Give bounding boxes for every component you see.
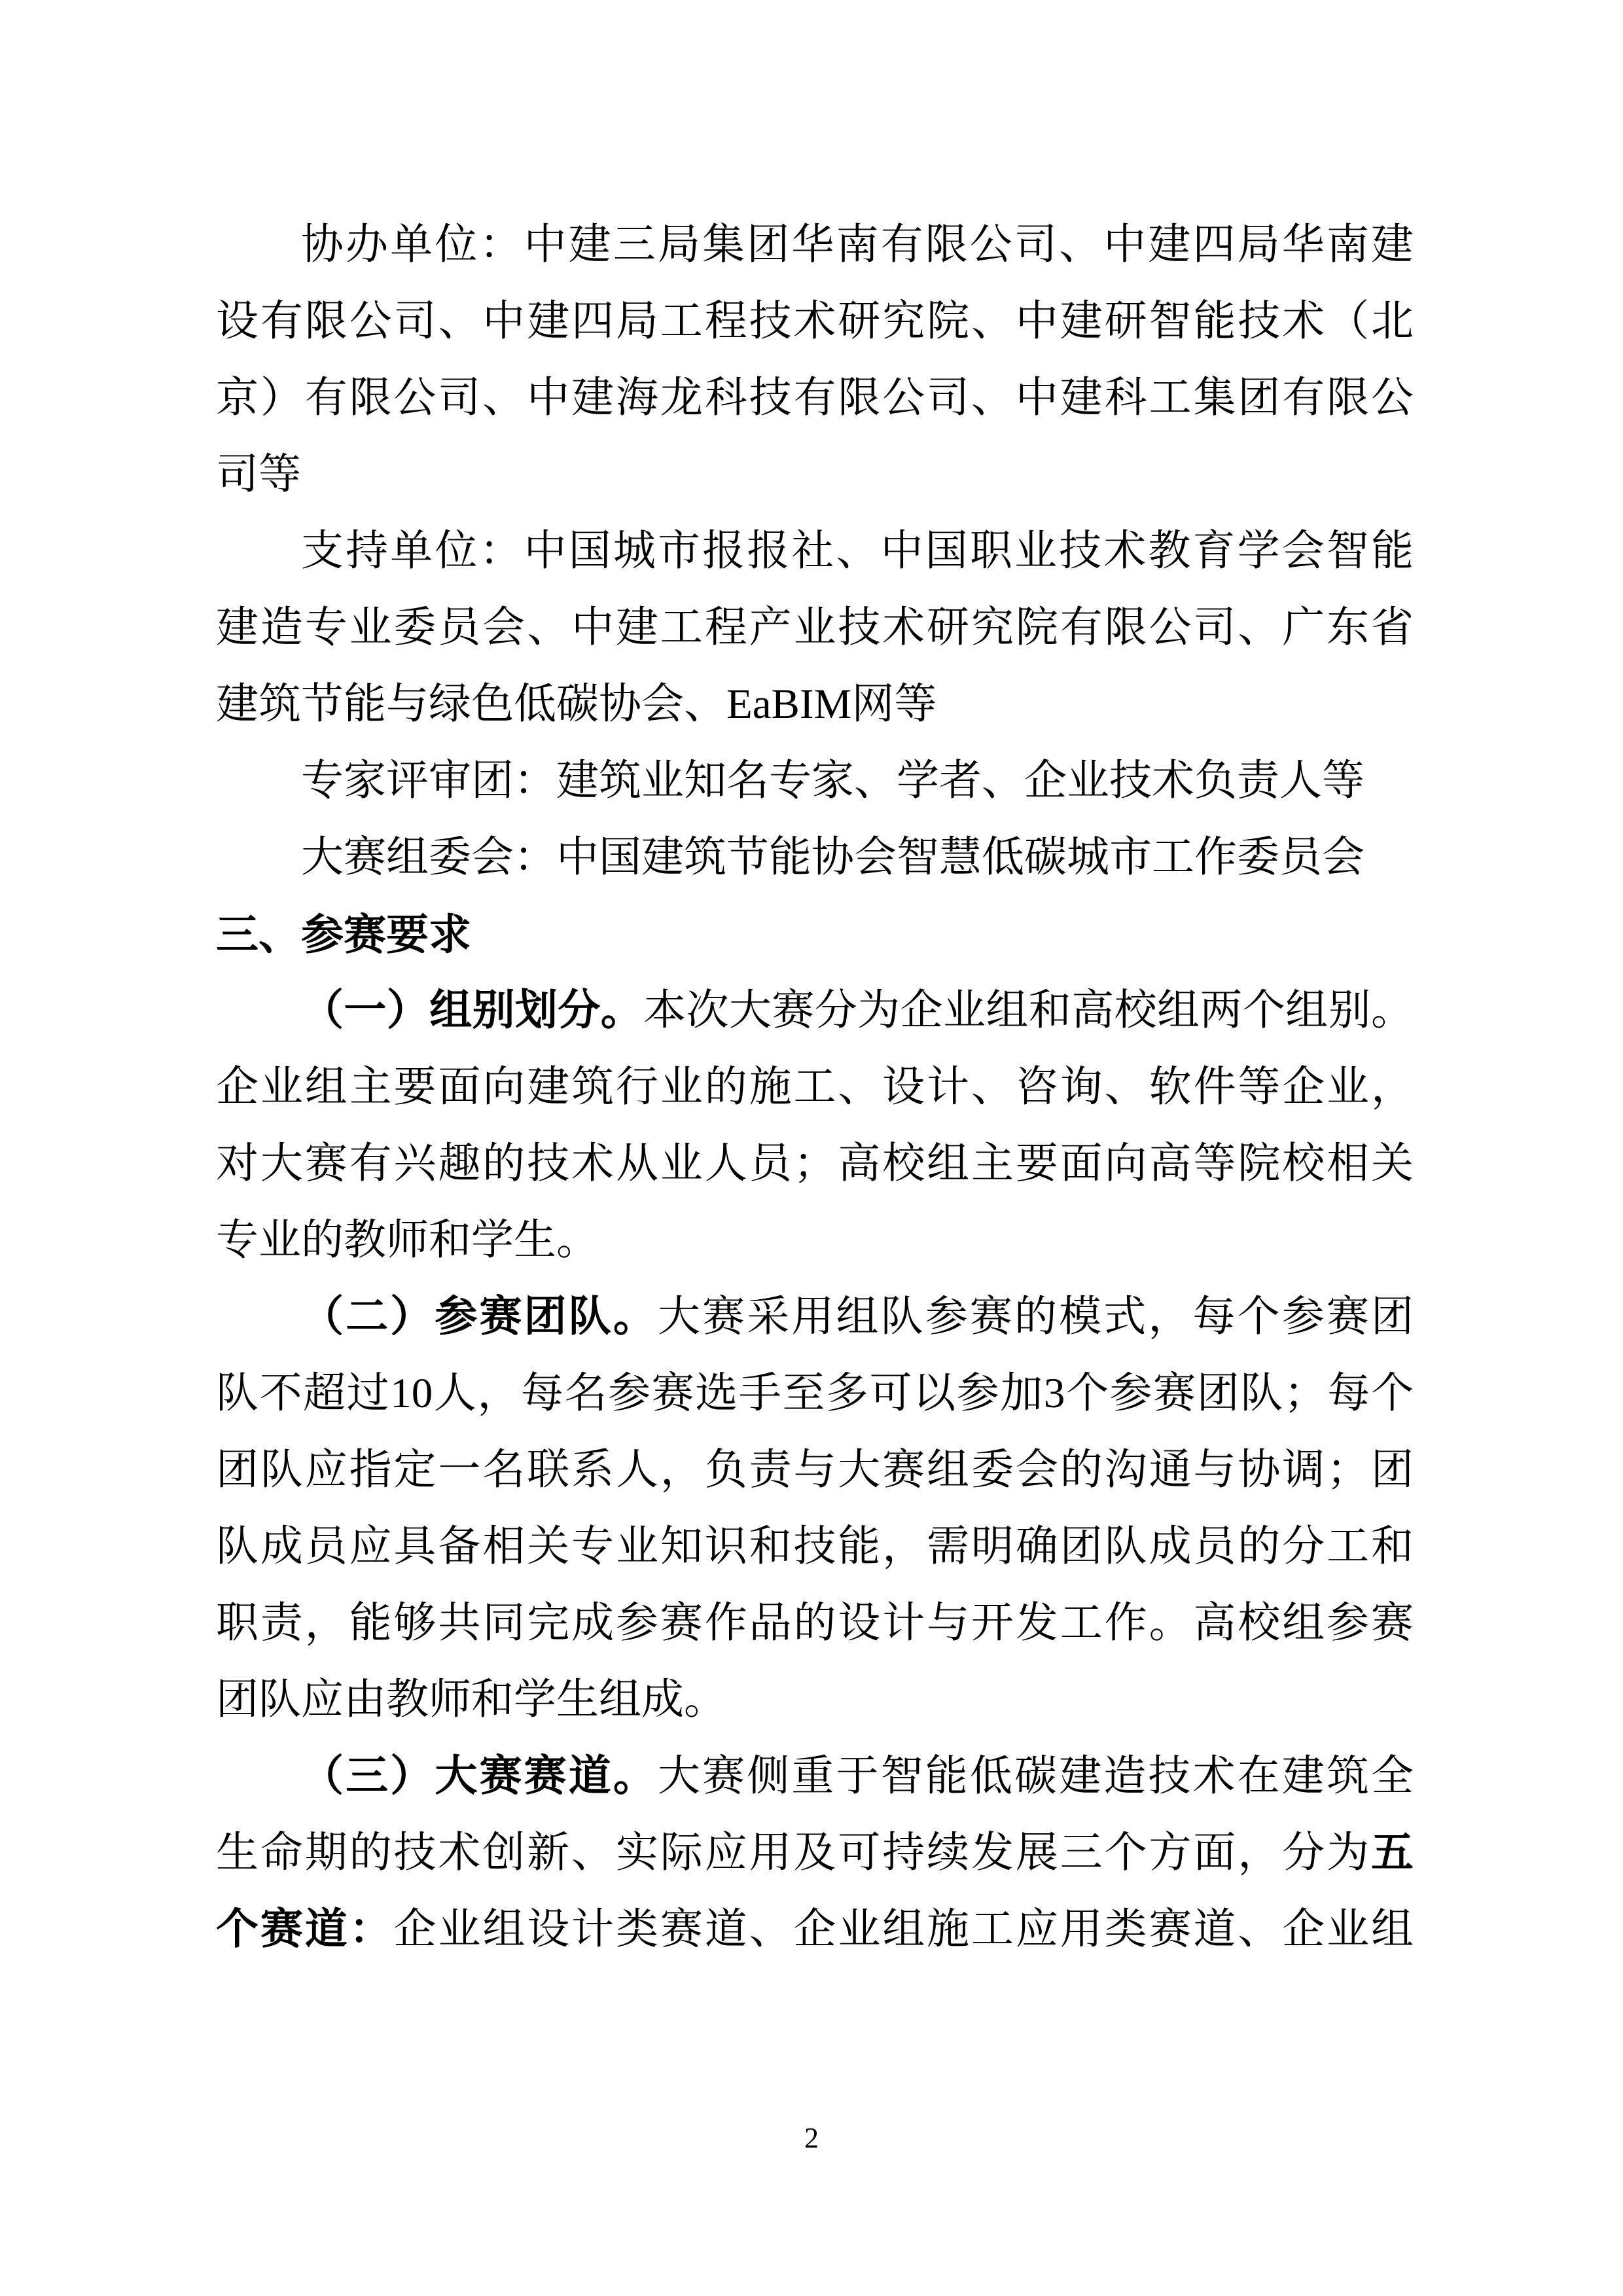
text-run: 队成员应具备相关专业知识和技能，需明确团队成员的分工和 xyxy=(216,1523,1414,1570)
page-number: 2 xyxy=(804,2122,819,2154)
bold-text-run: 三、参赛要求 xyxy=(216,910,471,958)
text-run: 大赛组委会：中国建筑节能协会智慧低碳城市工作委员会 xyxy=(301,834,1364,881)
body-paragraph: （一）组别划分。本次大赛分为企业组和高校组两个组别。企业组主要面向建筑行业的施工… xyxy=(216,973,1414,1279)
text-line: 支持单位：中国城市报报社、中国职业技术教育学会智能 xyxy=(216,513,1414,590)
text-run: 协办单位：中建三局集团华南有限公司、中建四局华南建 xyxy=(301,221,1414,268)
text-line: 团队应指定一名联系人，负责与大赛组委会的沟通与协调；团 xyxy=(216,1432,1414,1509)
text-line: 司等 xyxy=(216,437,1414,513)
text-run: 队不超过10人，每名参赛选手至多可以参加3个参赛团队；每个 xyxy=(216,1370,1414,1417)
text-line: （一）组别划分。本次大赛分为企业组和高校组两个组别。 xyxy=(216,973,1414,1049)
section-heading: 三、参赛要求 xyxy=(216,896,1414,973)
text-run: 建筑节能与绿色低碳协会、EaBIM网等 xyxy=(216,681,936,728)
bold-text-run: （一）组别划分。 xyxy=(301,987,643,1034)
text-run: 团队应指定一名联系人，负责与大赛组委会的沟通与协调；团 xyxy=(216,1446,1414,1494)
text-run: 专业的教师和学生。 xyxy=(216,1217,599,1264)
body-paragraph: 支持单位：中国城市报报社、中国职业技术教育学会智能建造专业委员会、中建工程产业技… xyxy=(216,513,1414,743)
text-line: 三、参赛要求 xyxy=(216,896,1414,973)
text-run: 司等 xyxy=(216,451,301,498)
text-line: 设有限公司、中建四局工程技术研究院、中建研智能技术（北 xyxy=(216,283,1414,360)
text-line: 专家评审团：建筑业知名专家、学者、企业技术负责人等 xyxy=(216,743,1414,819)
body-paragraph: 协办单位：中建三局集团华南有限公司、中建四局华南建设有限公司、中建四局工程技术研… xyxy=(216,207,1414,513)
text-line: 协办单位：中建三局集团华南有限公司、中建四局华南建 xyxy=(216,207,1414,283)
body-paragraph: 专家评审团：建筑业知名专家、学者、企业技术负责人等 xyxy=(216,743,1414,819)
text-run: 支持单位：中国城市报报社、中国职业技术教育学会智能 xyxy=(301,528,1414,575)
text-run: 设有限公司、中建四局工程技术研究院、中建研智能技术（北 xyxy=(216,298,1414,345)
text-run: 本次大赛分为企业组和高校组两个组别。 xyxy=(643,987,1414,1034)
text-line: 京）有限公司、中建海龙科技有限公司、中建科工集团有限公 xyxy=(216,360,1414,437)
text-line: （三）大赛赛道。大赛侧重于智能低碳建造技术在建筑全 xyxy=(216,1738,1414,1815)
document-page: 协办单位：中建三局集团华南有限公司、中建四局华南建设有限公司、中建四局工程技术研… xyxy=(0,0,1623,2296)
text-run: 大赛采用组队参赛的模式，每个参赛团 xyxy=(658,1293,1414,1340)
body-paragraph: （二）参赛团队。大赛采用组队参赛的模式，每个参赛团队不超过10人，每名参赛选手至… xyxy=(216,1279,1414,1738)
text-run: 专家评审团：建筑业知名专家、学者、企业技术负责人等 xyxy=(301,757,1364,804)
text-run: 企业组设计类赛道、企业组施工应用类赛道、企业组 xyxy=(394,1906,1414,1953)
text-run: 京）有限公司、中建海龙科技有限公司、中建科工集团有限公 xyxy=(216,374,1414,422)
text-line: 生命期的技术创新、实际应用及可持续发展三个方面，分为五 xyxy=(216,1815,1414,1892)
document-content: 协办单位：中建三局集团华南有限公司、中建四局华南建设有限公司、中建四局工程技术研… xyxy=(216,207,1414,1968)
text-line: 团队应由教师和学生组成。 xyxy=(216,1662,1414,1738)
text-run: 生命期的技术创新、实际应用及可持续发展三个方面，分为 xyxy=(216,1829,1371,1876)
bold-text-run: （三）大赛赛道。 xyxy=(301,1753,658,1800)
text-run: 团队应由教师和学生组成。 xyxy=(216,1676,726,1723)
bold-text-run: 五 xyxy=(1371,1829,1414,1876)
page-footer: 2 xyxy=(0,2122,1623,2155)
text-line: 建造专业委员会、中建工程产业技术研究院有限公司、广东省 xyxy=(216,590,1414,666)
text-run: 建造专业委员会、中建工程产业技术研究院有限公司、广东省 xyxy=(216,604,1414,651)
text-run: 对大赛有兴趣的技术从业人员；高校组主要面向高等院校相关 xyxy=(216,1140,1414,1187)
body-paragraph: 大赛组委会：中国建筑节能协会智慧低碳城市工作委员会 xyxy=(216,819,1414,896)
bold-text-run: （二）参赛团队。 xyxy=(301,1293,658,1340)
text-line: 个赛道：企业组设计类赛道、企业组施工应用类赛道、企业组 xyxy=(216,1892,1414,1968)
text-line: 建筑节能与绿色低碳协会、EaBIM网等 xyxy=(216,666,1414,743)
text-run: 职责，能够共同完成参赛作品的设计与开发工作。高校组参赛 xyxy=(216,1600,1414,1647)
text-run: 大赛侧重于智能低碳建造技术在建筑全 xyxy=(658,1753,1414,1800)
body-paragraph: （三）大赛赛道。大赛侧重于智能低碳建造技术在建筑全生命期的技术创新、实际应用及可… xyxy=(216,1738,1414,1968)
bold-text-run: 个赛道： xyxy=(216,1906,394,1953)
text-line: 大赛组委会：中国建筑节能协会智慧低碳城市工作委员会 xyxy=(216,819,1414,896)
text-line: 专业的教师和学生。 xyxy=(216,1202,1414,1279)
text-run: 企业组主要面向建筑行业的施工、设计、咨询、软件等企业， xyxy=(216,1064,1414,1111)
text-line: 企业组主要面向建筑行业的施工、设计、咨询、软件等企业， xyxy=(216,1049,1414,1126)
text-line: 职责，能够共同完成参赛作品的设计与开发工作。高校组参赛 xyxy=(216,1585,1414,1662)
text-line: 队不超过10人，每名参赛选手至多可以参加3个参赛团队；每个 xyxy=(216,1355,1414,1432)
text-line: （二）参赛团队。大赛采用组队参赛的模式，每个参赛团 xyxy=(216,1279,1414,1355)
text-line: 对大赛有兴趣的技术从业人员；高校组主要面向高等院校相关 xyxy=(216,1126,1414,1202)
text-line: 队成员应具备相关专业知识和技能，需明确团队成员的分工和 xyxy=(216,1509,1414,1585)
